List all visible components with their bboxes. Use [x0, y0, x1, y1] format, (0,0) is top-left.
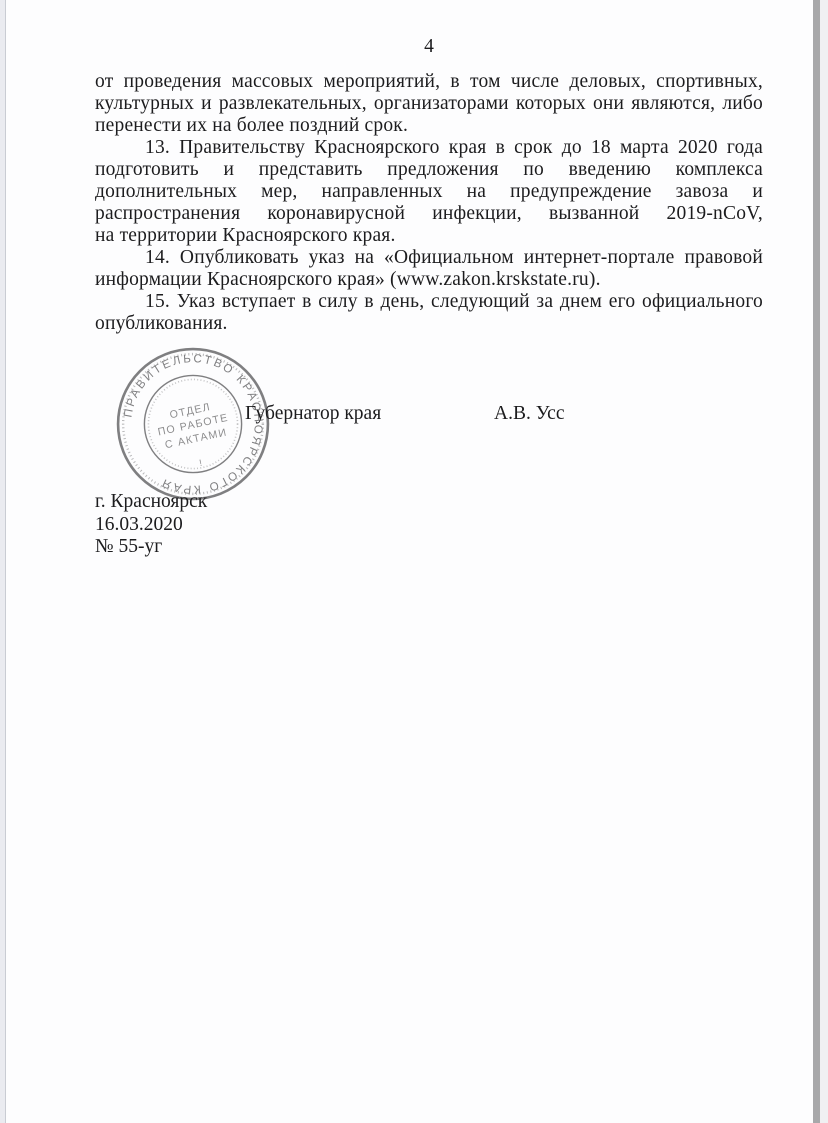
- paragraph-item-15: 15. Указ вступает в силу в день, следующ…: [95, 291, 763, 335]
- footer-date: 16.03.2020: [95, 514, 207, 537]
- document-body: от проведения массовых мероприятий, в то…: [95, 71, 763, 335]
- signature-title: Губернатор края: [245, 403, 381, 425]
- paragraph-item-13: 13. Правительству Красноярского края в с…: [95, 137, 763, 247]
- text-line: подготовить и представить предложения по…: [95, 159, 763, 181]
- scanned-document-page: 4 от проведения массовых мероприятий, в …: [0, 0, 828, 1123]
- paragraph-item-14: 14. Опубликовать указ на «Официальном ин…: [95, 247, 763, 291]
- text-line: от проведения массовых мероприятий, в то…: [95, 71, 763, 93]
- text-line: перенести их на более поздний срок.: [95, 115, 763, 137]
- page-edge-left: [0, 0, 6, 1123]
- text-line: 15. Указ вступает в силу в день, следующ…: [95, 291, 763, 313]
- page-edge-right-dark: [813, 0, 820, 1123]
- text-line: распространения коронавирусной инфекции,…: [95, 203, 763, 225]
- document-footer: г. Красноярск 16.03.2020 № 55-уг: [95, 491, 207, 559]
- text-line: 14. Опубликовать указ на «Официальном ин…: [95, 247, 763, 269]
- footer-city: г. Красноярск: [95, 491, 207, 514]
- text-line: на территории Красноярского края.: [95, 225, 763, 247]
- paragraph-continuation: от проведения массовых мероприятий, в то…: [95, 71, 763, 137]
- page-number: 4: [95, 36, 763, 58]
- stamp-bottom-mark: !: [198, 457, 204, 468]
- signature-name: А.В. Усс: [494, 403, 565, 425]
- text-line: 13. Правительству Красноярского края в с…: [95, 137, 763, 159]
- text-line: опубликования.: [95, 313, 763, 335]
- text-line: информации Красноярского края» (www.zako…: [95, 269, 763, 291]
- page-edge-right-light: [820, 0, 828, 1123]
- text-line: культурных и развлекательных, организато…: [95, 93, 763, 115]
- footer-number: № 55-уг: [95, 536, 207, 559]
- text-line: дополнительных мер, направленных на пред…: [95, 181, 763, 203]
